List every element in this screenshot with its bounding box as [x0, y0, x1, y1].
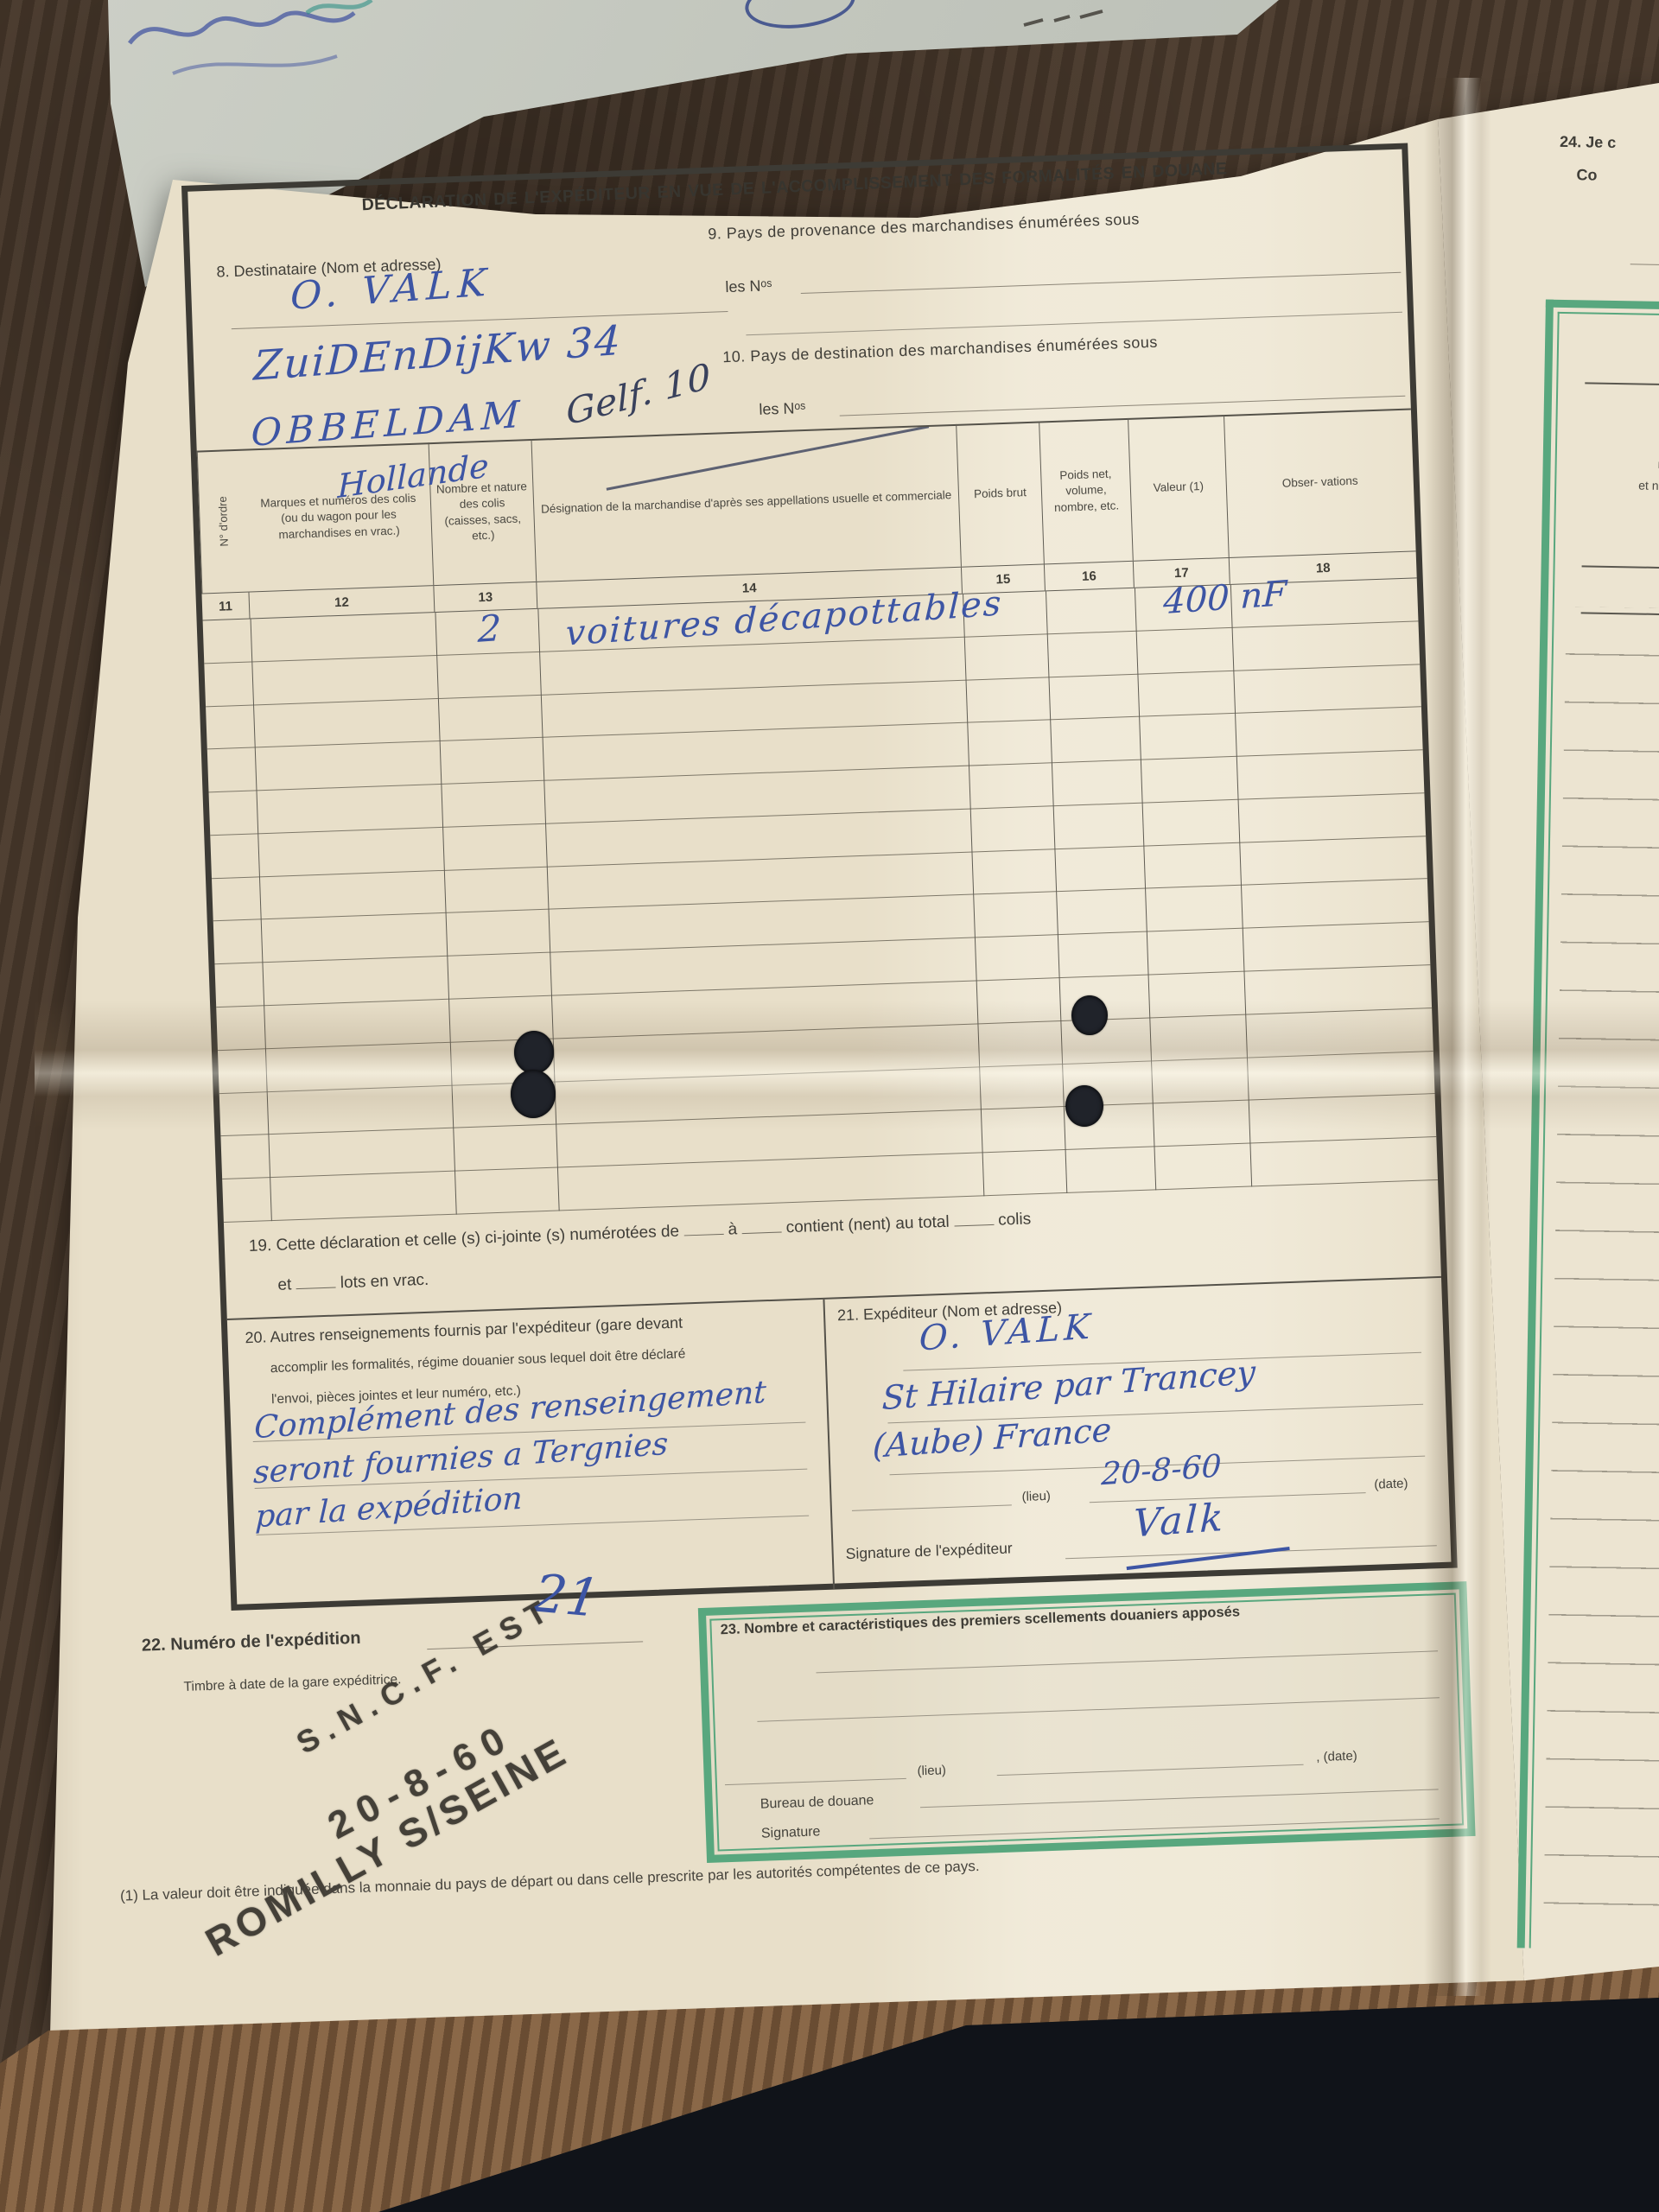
- photo-scene: 24. Je c Co Nombre, nature, marques et n…: [0, 0, 1659, 2212]
- declaration-form: DÉCLARATION DE L'EXPÉDITEUR EN VUE DE L'…: [181, 143, 1474, 2085]
- field19-text: contient (nent) au total: [785, 1213, 950, 1237]
- field19-text: et: [277, 1275, 292, 1294]
- field20-label-2: accomplir les formalités, régime douanie…: [270, 1346, 686, 1376]
- field23-date-label: , (date): [1316, 1749, 1357, 1765]
- punch-hole: [514, 1031, 554, 1074]
- field21-signature-label: Signature de l'expéditeur: [845, 1539, 1013, 1563]
- col-header-poids-brut: Poids brut: [957, 422, 1045, 567]
- sncf-stamp-line: ROMILLY S/SEINE: [198, 1727, 576, 1966]
- field23-bureau-label: Bureau de douane: [760, 1793, 874, 1813]
- field10-les-label: les Nᵒˢ: [759, 399, 806, 419]
- form-border-box: DÉCLARATION DE L'EXPÉDITEUR EN VUE DE L'…: [181, 143, 1458, 1611]
- field24-label-2: Co: [1576, 166, 1597, 184]
- field23-box: 23. Nombre et caractéristiques des premi…: [698, 1581, 1476, 1863]
- field21-date-label: (date): [1374, 1476, 1408, 1491]
- field20-label: 20. Autres renseignements fournis par l'…: [245, 1314, 683, 1348]
- punch-hole: [1065, 1085, 1103, 1127]
- field21-signature-handwriting: Valk: [1133, 1496, 1227, 1547]
- col-number: 11: [202, 593, 251, 620]
- field23-lieu-label: (lieu): [917, 1763, 946, 1778]
- signature-flourish-icon: [1127, 1547, 1290, 1570]
- field21-handwriting: (Aube) France: [872, 1410, 1112, 1465]
- field24-label: 24. Je c: [1560, 133, 1616, 152]
- table-body: 2 voitures décapottables 400 nF: [203, 578, 1438, 1223]
- col-header-ordre: N° d'ordre: [197, 449, 250, 594]
- col-header-valeur: Valeur (1): [1128, 415, 1230, 561]
- field23-signature-label: Signature: [761, 1824, 821, 1841]
- field21-lieu-label: (lieu): [1021, 1489, 1051, 1504]
- field23-label: 23. Nombre et caractéristiques des premi…: [720, 1597, 1446, 1638]
- field19-text: à: [728, 1220, 737, 1238]
- field19-text: lots en vrac.: [340, 1271, 429, 1293]
- col-number: 16: [1045, 562, 1135, 591]
- punch-hole: [511, 1070, 556, 1118]
- page2-box-line: et numéros: [1638, 474, 1659, 499]
- field9-label: 9. Pays de provenance des marchandises é…: [708, 210, 1140, 243]
- field10-label: 10. Pays de destination des marchandises…: [722, 334, 1158, 367]
- col-header-designation: Désignation de la marchandise d'après se…: [531, 424, 961, 582]
- field8-handwriting: ZuiDEnDijKw 34: [253, 317, 623, 391]
- col-header-observations: Obser- vations: [1224, 409, 1416, 557]
- field9-les-label: les Nᵒˢ: [725, 276, 772, 296]
- field21-date-handwriting: 20-8-60: [1101, 1448, 1222, 1492]
- punch-hole: [1071, 995, 1108, 1035]
- field21-handwriting: St Hilaire par Trancey: [881, 1353, 1256, 1417]
- field19-text: 19. Cette déclaration et celle (s) ci-jo…: [249, 1223, 680, 1255]
- field19-text: colis: [998, 1210, 1032, 1229]
- entry-nombre-handwriting: 2: [477, 607, 501, 651]
- col-header-poids-net: Poids net, volume, nombre, etc.: [1039, 418, 1134, 563]
